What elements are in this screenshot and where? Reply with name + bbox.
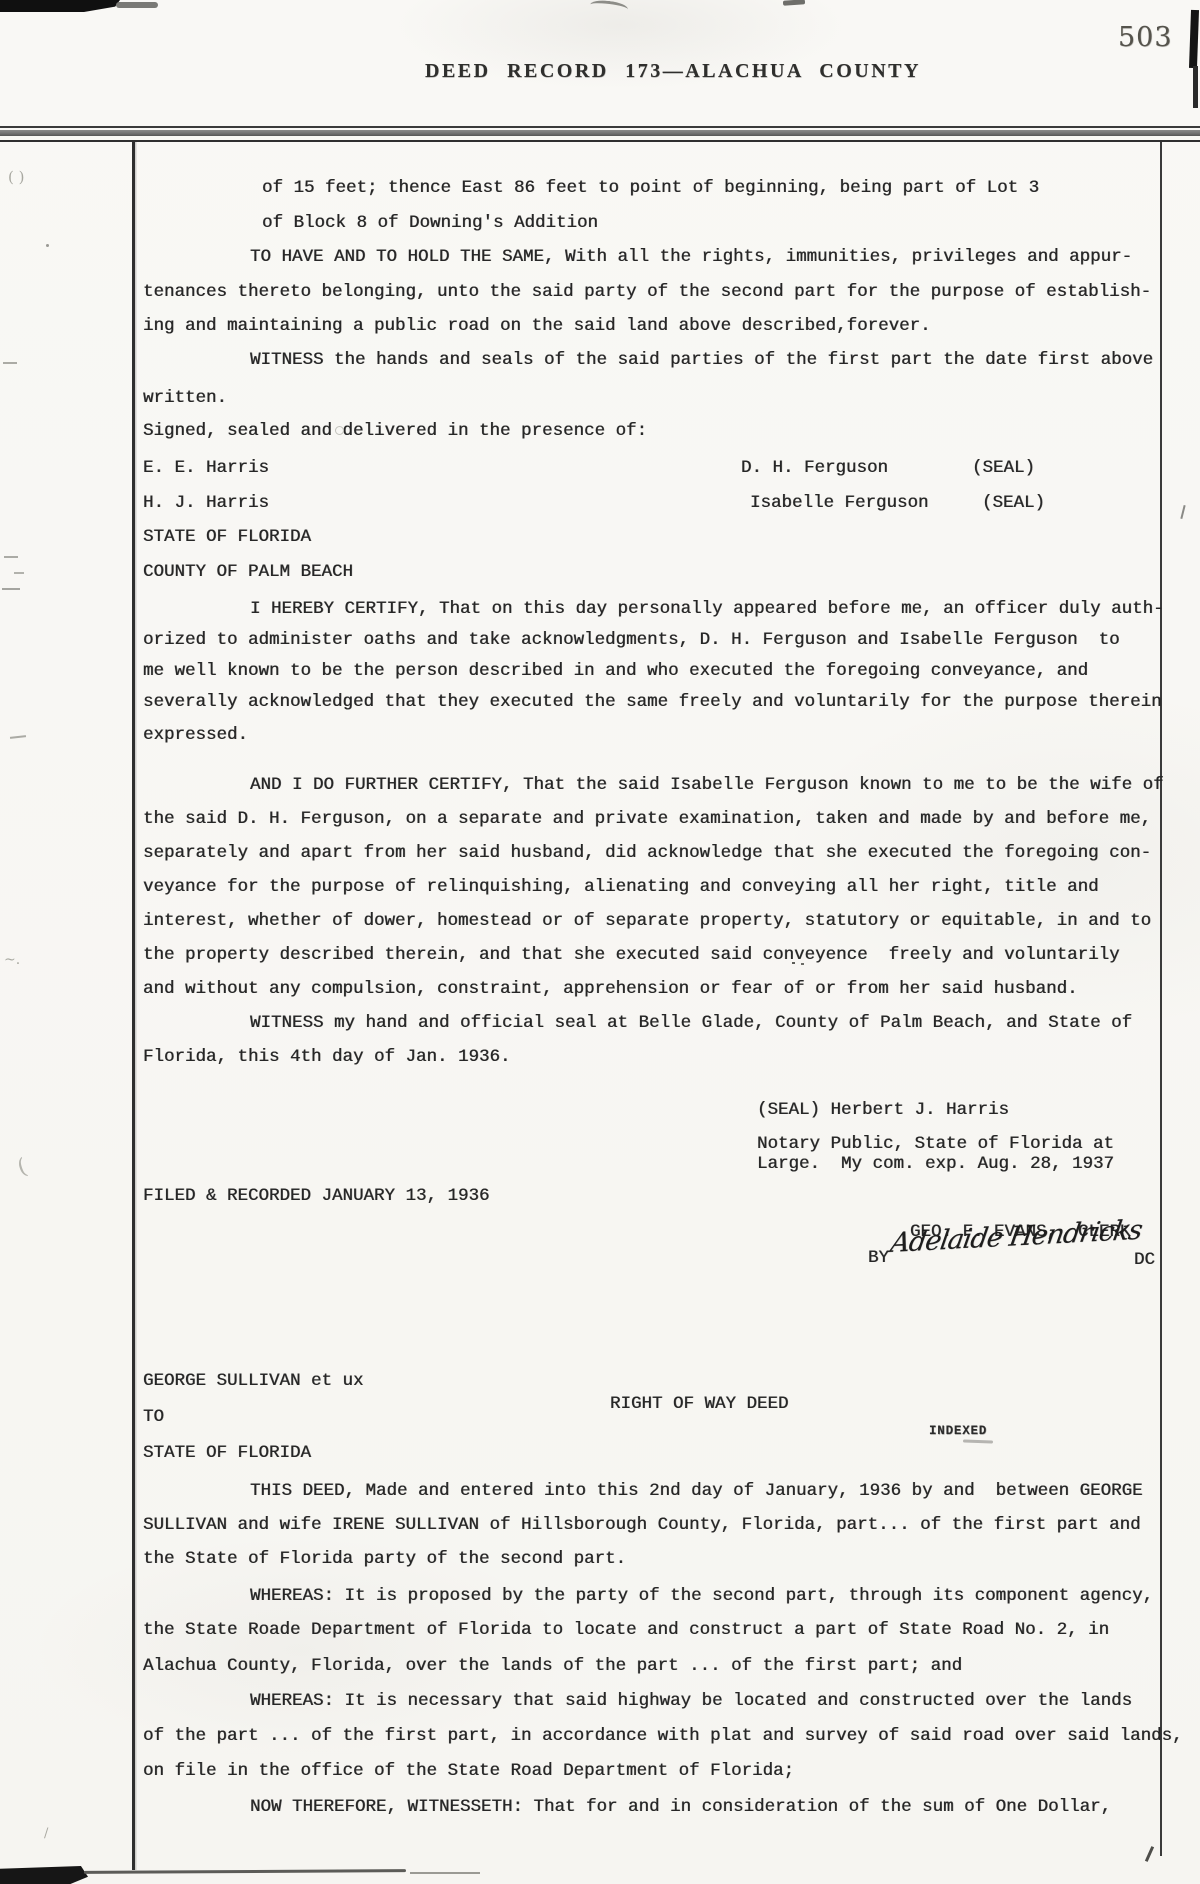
habendum-clause-line: tenances thereto belonging, unto the sai… xyxy=(143,282,1151,303)
further-certification-line: the said D. H. Ferguson, on a separate a… xyxy=(143,809,1151,830)
doc2-grantee-caption: STATE OF FLORIDA xyxy=(143,1443,311,1464)
scan-artifact-top-squiggle xyxy=(589,0,628,15)
scan-artifact-right-edge-bar2 xyxy=(1193,66,1198,108)
notary-witness-line: Florida, this 4th day of Jan. 1936. xyxy=(143,1047,511,1068)
certification-line: I HEREBY CERTIFY, That on this day perso… xyxy=(250,599,1164,620)
doc2-body-line: THIS DEED, Made and entered into this 2n… xyxy=(250,1481,1143,1502)
margin-dash xyxy=(4,556,18,558)
state-caption: STATE OF FLORIDA xyxy=(143,527,311,548)
scan-artifact-bottom-left-blob xyxy=(0,1866,88,1884)
witness-name: H. J. Harris xyxy=(143,493,269,514)
doc2-whereas-line: of the part ... of the first part, in ac… xyxy=(143,1726,1183,1747)
doc2-whereas-line: WHEREAS: It is necessary that said highw… xyxy=(250,1691,1132,1712)
further-certification-line: the property described therein, and that… xyxy=(143,945,1120,966)
scan-artifact-bottom-line xyxy=(84,1869,406,1873)
seal-label: (SEAL) xyxy=(982,493,1045,514)
doc2-whereas-line: on file in the office of the State Road … xyxy=(143,1761,794,1782)
right-column-border xyxy=(1160,142,1162,1856)
deed-record-page: { "page": { "header": "DEED RECORD 173—A… xyxy=(0,0,1200,1884)
certification-line: expressed. xyxy=(143,725,248,746)
left-column-border xyxy=(132,142,135,1870)
margin-dash xyxy=(3,362,17,364)
header-rule-band xyxy=(0,130,1200,136)
further-certification-line: interest, whether of dower, homestead or… xyxy=(143,911,1151,932)
scan-artifact-top-left-blob xyxy=(0,0,120,12)
scan-artifact-right-edge-bar xyxy=(1189,10,1199,68)
deed1-description-line: of Block 8 of Downing's Addition xyxy=(262,213,598,234)
doc2-to-caption: TO xyxy=(143,1407,164,1428)
attestation-line: Signed, sealed and delivered in the pres… xyxy=(143,421,647,442)
margin-pencil-mark: ( ) xyxy=(8,168,24,186)
doc2-body-line: SULLIVAN and wife IRENE SULLIVAN of Hill… xyxy=(143,1515,1141,1536)
page-number: 503 xyxy=(1118,22,1173,53)
scan-artifact-bottom-right-tick xyxy=(1145,1846,1154,1862)
margin-dot xyxy=(46,244,49,247)
doc2-grantor-caption: GEORGE SULLIVAN et ux xyxy=(143,1371,364,1392)
margin-dash xyxy=(10,735,26,739)
habendum-clause-line: TO HAVE AND TO HOLD THE SAME, With all t… xyxy=(250,247,1132,268)
strikeunder-dot xyxy=(801,963,804,965)
doc2-title: RIGHT OF WAY DEED xyxy=(610,1394,789,1415)
further-certification-line: veyance for the purpose of relinquishing… xyxy=(143,877,1099,898)
margin-tilde-mark: ~. xyxy=(4,952,20,968)
further-certification-line: AND I DO FURTHER CERTIFY, That the said … xyxy=(250,775,1164,796)
scan-artifact-top-left-smudge xyxy=(116,2,158,8)
scan-artifact-bottom-line-faint xyxy=(410,1872,480,1874)
further-certification-line: and without any compulsion, constraint, … xyxy=(143,979,1078,1000)
seal-label: (SEAL) xyxy=(972,458,1035,479)
notary-signature-line: (SEAL) Herbert J. Harris xyxy=(757,1100,1009,1121)
doc2-whereas-line: the State Roade Department of Florida to… xyxy=(143,1620,1109,1641)
deed1-description-line: of 15 feet; thence East 86 feet to point… xyxy=(262,178,1039,199)
notary-commission-line: Large. My com. exp. Aug. 28, 1937 xyxy=(757,1154,1114,1175)
doc2-body-line: the State of Florida party of the second… xyxy=(143,1549,626,1570)
clerk-by-label: BY xyxy=(868,1248,889,1269)
doc2-whereas-line: Alachua County, Florida, over the lands … xyxy=(143,1656,962,1677)
notary-witness-line: WITNESS my hand and official seal at Bel… xyxy=(250,1013,1132,1034)
right-margin-tick xyxy=(1180,505,1185,519)
doc2-witnesseth-line: NOW THEREFORE, WITNESSETH: That for and … xyxy=(250,1797,1111,1818)
witness-name: E. E. Harris xyxy=(143,458,269,479)
strikeunder-dot xyxy=(792,962,795,964)
header-rule-top xyxy=(0,126,1200,128)
page-header: DEED RECORD 173—ALACHUA COUNTY xyxy=(425,60,921,83)
doc2-whereas-line: WHEREAS: It is proposed by the party of … xyxy=(250,1586,1153,1607)
grantor-signature-name: Isabelle Ferguson xyxy=(750,493,929,514)
habendum-clause-line: ing and maintaining a public road on the… xyxy=(143,316,931,337)
grantor-signature-name: D. H. Ferguson xyxy=(741,458,888,479)
certification-line: me well known to be the person described… xyxy=(143,661,1088,682)
margin-dash xyxy=(14,572,24,574)
margin-slash-mark: / xyxy=(44,1826,48,1841)
notary-title-line: Notary Public, State of Florida at xyxy=(757,1134,1114,1155)
scan-artifact-top-dash xyxy=(783,0,805,6)
indexed-stamp: INDEXED xyxy=(929,1424,987,1439)
header-rule-bottom xyxy=(0,140,1200,142)
typeover-smudge xyxy=(335,426,344,435)
deputy-clerk-initials: DC xyxy=(1134,1250,1155,1271)
indexed-stamp-smear xyxy=(963,1439,993,1443)
witness-clause-line: WITNESS the hands and seals of the said … xyxy=(250,350,1153,371)
witness-clause-line: written. xyxy=(143,388,227,409)
margin-curve-mark: ( xyxy=(14,1154,30,1180)
margin-dash xyxy=(2,588,20,590)
filed-recorded-line: FILED & RECORDED JANUARY 13, 1936 xyxy=(143,1186,490,1207)
further-certification-line: separately and apart from her said husba… xyxy=(143,843,1151,864)
county-caption: COUNTY OF PALM BEACH xyxy=(143,562,353,583)
certification-line: severally acknowledged that they execute… xyxy=(143,692,1162,713)
certification-line: orized to administer oaths and take ackn… xyxy=(143,630,1120,651)
